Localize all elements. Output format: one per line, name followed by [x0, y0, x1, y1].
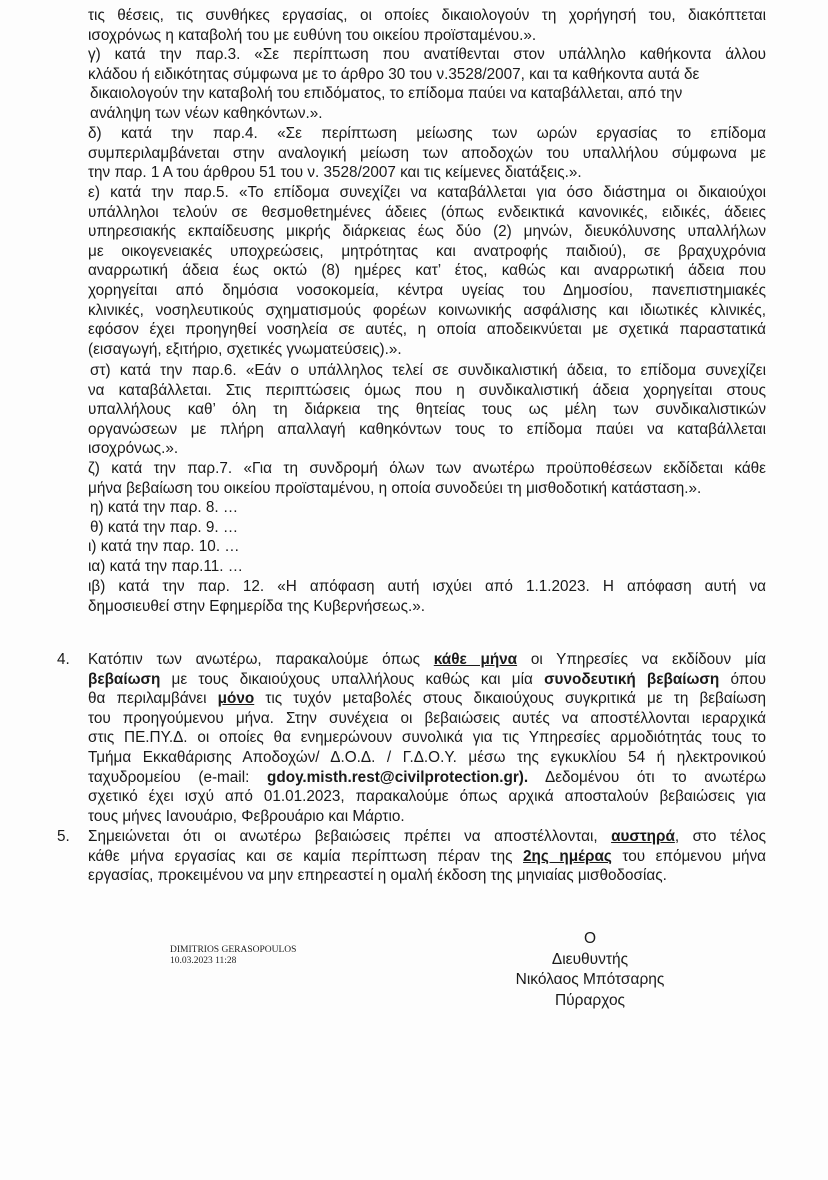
text-run: , στο τέλος	[675, 828, 766, 845]
text-line: κάθε μήνα εργασίας και σε καμία περίπτωσ…	[88, 847, 766, 867]
text-line: τους μήνες Ιανουάριο, Φεβρουάριο και Μάρ…	[88, 807, 766, 827]
text-line: ια) κατά την παρ.11. …	[88, 557, 766, 577]
text-line: Κατόπιν των ανωτέρω, παρακαλούμε όπως κά…	[88, 650, 766, 670]
text-line: κλινικές, νοσηλευτικούς σχηματισμούς φορ…	[88, 301, 766, 321]
text-run: θα περιλαμβάνει	[88, 690, 218, 707]
text-line: υπαλλήλους καθ’ όλη τη διάρκεια της θητε…	[88, 400, 766, 420]
paragraphs-8-to-11: η) κατά την παρ. 8. … θ) κατά την παρ. 9…	[88, 498, 766, 576]
text-line: δ) κατά την παρ.4. «Σε περίπτωση μείωσης…	[88, 124, 766, 144]
emphasis-accompanying-certificate: συνοδευτική βεβαίωση	[544, 671, 719, 688]
text-line: (εισαγωγή, εξιτήριο, σχετικές γνωματεύσε…	[88, 340, 766, 360]
text-line: ε) κατά την παρ.5. «Το επίδομα συνεχίζει…	[88, 183, 766, 203]
text-run: τις τυχόν μεταβολές στους δικαιούχους συ…	[254, 690, 766, 707]
text-run: κάθε μήνα εργασίας και σε καμία περίπτωσ…	[88, 848, 523, 865]
signatory-block: Ο Διευθυντής Νικόλαος Μπότσαρης Πύραρχος	[490, 929, 690, 1011]
text-line: τις θέσεις, τις συνθήκες εργασίας, οι οπ…	[88, 6, 766, 26]
text-line: δημοσιευθεί στην Εφημερίδα της Κυβερνήσε…	[88, 597, 766, 617]
text-line: υπηρεσιακής εκπαίδευσης μικρής διάρκειας…	[88, 222, 766, 242]
paragraph-z: ζ) κατά την παρ.7. «Για τη συνδρομή όλων…	[88, 459, 766, 498]
text-line: εργασίας, προκειμένου να μην επηρεαστεί …	[88, 866, 766, 886]
point-number: 5.	[57, 827, 77, 847]
text-line: με οικογενειακές υποχρεώσεις, μητρότητας…	[88, 242, 766, 262]
text-line: εφόσον έχει προηγηθεί νοσηλεία σε αυτές,…	[88, 320, 766, 340]
text-line: ζ) κατά την παρ.7. «Για τη συνδρομή όλων…	[88, 459, 766, 479]
text-line: συμπεριλαμβάνεται στην αναλογική μείωση …	[88, 144, 766, 164]
text-line: βεβαίωση με τους δικαιούχους υπαλλήλους …	[88, 670, 766, 690]
paragraph-st: στ) κατά την παρ.6. «Εάν ο υπάλληλος τελ…	[88, 361, 766, 459]
text-run: με τους δικαιούχους υπαλλήλους καθώς και…	[160, 671, 544, 688]
text-line: δικαιολογούν την καταβολή του επιδόματος…	[88, 84, 766, 104]
signer-name: DIMITRIOS GERASOPOULOS	[170, 945, 296, 956]
text-line: η) κατά την παρ. 8. …	[88, 498, 766, 518]
text-line: αναρρωτική άδεια έως οκτώ (8) ημέρες κατ…	[88, 261, 766, 281]
text-line: ισοχρόνως η καταβολή του με ευθύνη του ο…	[88, 26, 766, 46]
text-run: Σημειώνεται ότι οι ανωτέρω βεβαιώσεις πρ…	[88, 828, 611, 845]
text-run: του επόμενου μήνα	[612, 848, 766, 865]
text-line: του προηγούμενου μήνα. Στην συνέχεια οι …	[88, 709, 766, 729]
text-line: μήνα βεβαίωση του οικείου προϊσταμένου, …	[88, 479, 766, 499]
emphasis-certificate: βεβαίωση	[88, 671, 160, 688]
text-line: θα περιλαμβάνει μόνο τις τυχόν μεταβολές…	[88, 689, 766, 709]
text-line: οργανώσεων με πλήρη απαλλαγή καθηκόντων …	[88, 420, 766, 440]
text-run: όπου	[719, 671, 766, 688]
emphasis-every-month: κάθε μήνα	[434, 651, 517, 668]
paragraph-g: γ) κατά την παρ.3. «Σε περίπτωση που ανα…	[88, 45, 766, 123]
text-line: κλάδου ή ειδικότητας σύμφωνα με το άρθρο…	[88, 65, 766, 85]
text-line: υπάλληλοι τελούν σε θεσμοθετημένες άδειε…	[88, 203, 766, 223]
text-run: Κατόπιν των ανωτέρω, παρακαλούμε όπως	[88, 651, 434, 668]
text-line: στ) κατά την παρ.6. «Εάν ο υπάλληλος τελ…	[88, 361, 766, 381]
text-line: ιβ) κατά την παρ. 12. «Η απόφαση αυτή ισ…	[88, 577, 766, 597]
text-run: οι Υπηρεσίες να εκδίδουν μία	[517, 651, 766, 668]
signatory-role: Διευθυντής	[490, 950, 690, 971]
emphasis-2nd-day: 2ης ημέρας	[523, 848, 612, 865]
signatory-name: Νικόλαος Μπότσαρης	[490, 970, 690, 991]
email-address: gdoy.misth.rest@civilprotection.gr).	[267, 769, 528, 786]
signature-datetime: 10.03.2023 11:28	[170, 956, 296, 967]
signatory-rank: Πύραρχος	[490, 991, 690, 1012]
text-line: σχετικό έχει ισχύ από 01.01.2023, παρακα…	[88, 787, 766, 807]
text-line: στις ΠΕ.ΠΥ.Δ. οι οποίες θα ενημερώνουν σ…	[88, 728, 766, 748]
signatory-article: Ο	[490, 929, 690, 950]
point-number: 4.	[57, 650, 77, 670]
text-line: ι) κατά την παρ. 10. …	[88, 537, 766, 557]
emphasis-only: μόνο	[218, 690, 255, 707]
text-line: θ) κατά την παρ. 9. …	[88, 518, 766, 538]
emphasis-strictly: αυστηρά	[611, 828, 675, 845]
paragraph-e: ε) κατά την παρ.5. «Το επίδομα συνεχίζει…	[88, 183, 766, 359]
text-line: Σημειώνεται ότι οι ανωτέρω βεβαιώσεις πρ…	[88, 827, 766, 847]
digital-signature-stamp: DIMITRIOS GERASOPOULOS 10.03.2023 11:28	[170, 945, 296, 967]
text-run: ταχυδρομείου (e-mail:	[88, 769, 267, 786]
document-page: τις θέσεις, τις συνθήκες εργασίας, οι οπ…	[0, 0, 828, 1180]
text-line: ταχυδρομείου (e-mail: gdoy.misth.rest@ci…	[88, 768, 766, 788]
text-line: χορηγείται από δημόσια νοσοκομεία, κέντρ…	[88, 281, 766, 301]
paragraph-ib: ιβ) κατά την παρ. 12. «Η απόφαση αυτή ισ…	[88, 577, 766, 616]
text-line: την παρ. 1 Α του άρθρου 51 του ν. 3528/2…	[88, 163, 766, 183]
text-run: Δεδομένου ότι το ανωτέρω	[528, 769, 766, 786]
text-line: γ) κατά την παρ.3. «Σε περίπτωση που ανα…	[88, 45, 766, 65]
text-line: Τμήμα Εκκαθάρισης Αποδοχών/ Δ.Ο.Δ. / Γ.Δ…	[88, 748, 766, 768]
text-line: ανάληψη των νέων καθηκόντων.».	[88, 104, 766, 124]
paragraph-b-continuation: τις θέσεις, τις συνθήκες εργασίας, οι οπ…	[88, 6, 766, 45]
text-line: να καταβάλλεται. Στις περιπτώσεις όμως π…	[88, 381, 766, 401]
paragraph-d: δ) κατά την παρ.4. «Σε περίπτωση μείωσης…	[88, 124, 766, 183]
text-line: ισοχρόνως.».	[88, 439, 766, 459]
